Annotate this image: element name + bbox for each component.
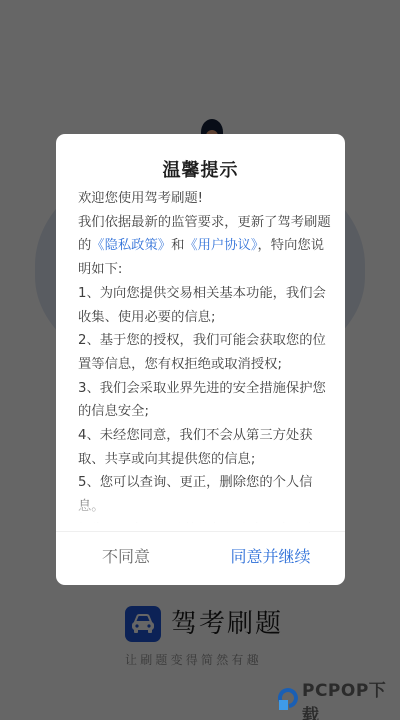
dialog-title: 温馨提示 bbox=[56, 156, 345, 182]
disagree-button[interactable]: 不同意 bbox=[56, 532, 196, 585]
user-agreement-link[interactable]: 《用户协议》 bbox=[184, 238, 257, 253]
privacy-dialog: 温馨提示 欢迎您使用驾考刷题! 我们依据最新的监管要求，更新了驾考刷题的《隐私政… bbox=[56, 134, 345, 585]
privacy-policy-link[interactable]: 《隐私政策》 bbox=[91, 238, 171, 253]
policy-item-3: 3、我们会采取业界先进的安全措施保护您的信息安全; bbox=[78, 377, 331, 424]
scroll-fade bbox=[56, 489, 345, 525]
policy-item-1: 1、为向您提供交易相关基本功能，我们会收集、使用必要的信息; bbox=[78, 282, 331, 329]
greeting-text: 欢迎您使用驾考刷题! bbox=[78, 187, 331, 211]
dialog-body[interactable]: 欢迎您使用驾考刷题! 我们依据最新的监管要求，更新了驾考刷题的《隐私政策》和《用… bbox=[78, 187, 331, 523]
policy-item-4: 4、未经您同意，我们不会从第三方处获取、共享或向其提供您的信息; bbox=[78, 424, 331, 471]
policy-item-2: 2、基于您的授权，我们可能会获取您的位置等信息，您有权拒绝或取消授权; bbox=[78, 329, 331, 376]
intro-and: 和 bbox=[171, 238, 184, 253]
watermark: PCPOP下载 bbox=[277, 684, 400, 718]
watermark-text: PCPOP下载 bbox=[302, 676, 400, 720]
intro-text: 我们依据最新的监管要求，更新了驾考刷题的《隐私政策》和《用户协议》，特向您说明如… bbox=[78, 211, 331, 282]
pcpop-logo-icon bbox=[277, 686, 299, 716]
agree-continue-button[interactable]: 同意并继续 bbox=[196, 532, 345, 585]
